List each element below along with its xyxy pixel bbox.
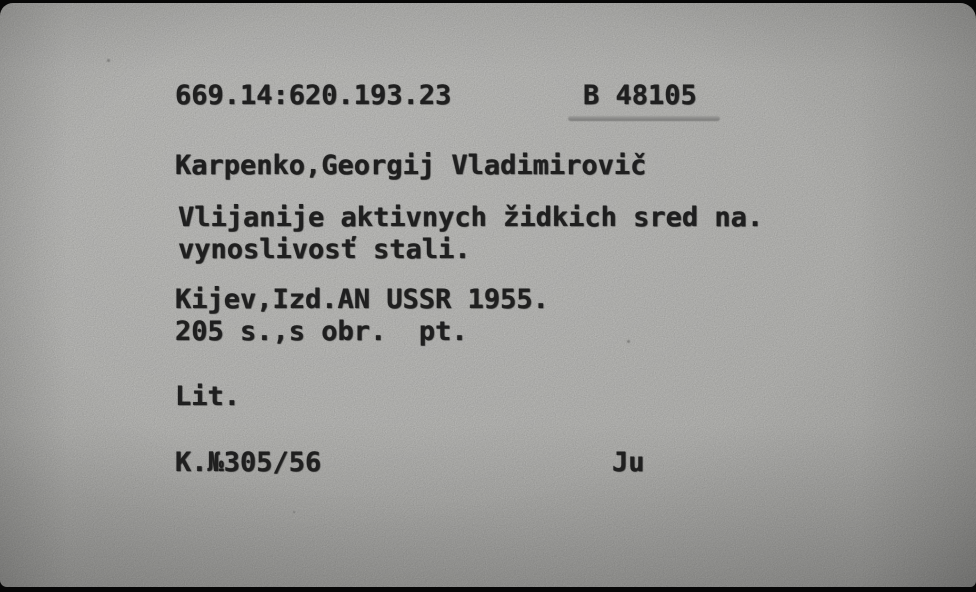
title-line-2: vynoslivosť stali. [178, 234, 471, 266]
scanned-catalog-card-image: 669.14:620.193.23 B 48105 Karpenko,Georg… [0, 0, 976, 592]
udc-classification-number: 669.14:620.193.23 [175, 80, 451, 112]
call-number: B 48105 [583, 80, 697, 112]
title-line-1: Vlijanije aktivnych židkich sred na. [178, 202, 763, 234]
scan-speck [293, 511, 295, 513]
scan-speck [107, 59, 110, 62]
catalog-card: 669.14:620.193.23 B 48105 Karpenko,Georg… [0, 3, 976, 587]
cataloger-initials: Ju [612, 447, 645, 479]
imprint-publisher-year: Kijev,Izd.AN USSR 1955. [175, 284, 549, 316]
scan-speck [627, 340, 630, 343]
collation-pages: 205 s.,s obr. pt. [175, 316, 468, 348]
literature-note: Lit. [175, 381, 240, 413]
author-name: Karpenko,Georgij Vladimirovič [175, 150, 646, 182]
inventory-number: K.№305/56 [175, 447, 321, 479]
call-number-underline [568, 116, 720, 121]
